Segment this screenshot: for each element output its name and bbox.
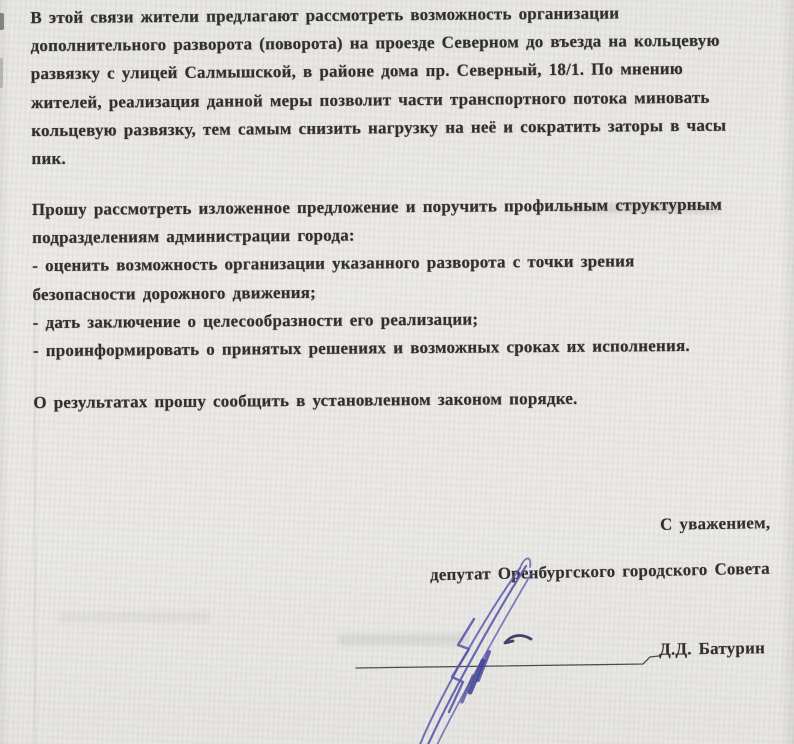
- text-line: пик.: [31, 139, 772, 173]
- body-paragraph-2: Прошу рассмотреть изложенное предложение…: [32, 190, 774, 365]
- scanned-letter-page: В этой связи жители предлагают рассмотре…: [0, 0, 794, 744]
- body-paragraph-3: О результатах прошу сообщить в установле…: [33, 383, 774, 417]
- text-line: О результатах прошу сообщить в установле…: [33, 383, 774, 417]
- list-item-line: - проинформировать о принятых решениях и…: [33, 331, 774, 365]
- body-paragraph-1: В этой связи жители предлагают рассмотре…: [30, 0, 772, 173]
- signer-name: Д.Д. Батурин: [659, 638, 765, 659]
- letter-body: В этой связи жители предлагают рассмотре…: [0, 0, 794, 744]
- text-line: кольцевую развязку, тем самым снизить на…: [31, 111, 772, 145]
- closing-salutation: С уважением,: [660, 513, 771, 535]
